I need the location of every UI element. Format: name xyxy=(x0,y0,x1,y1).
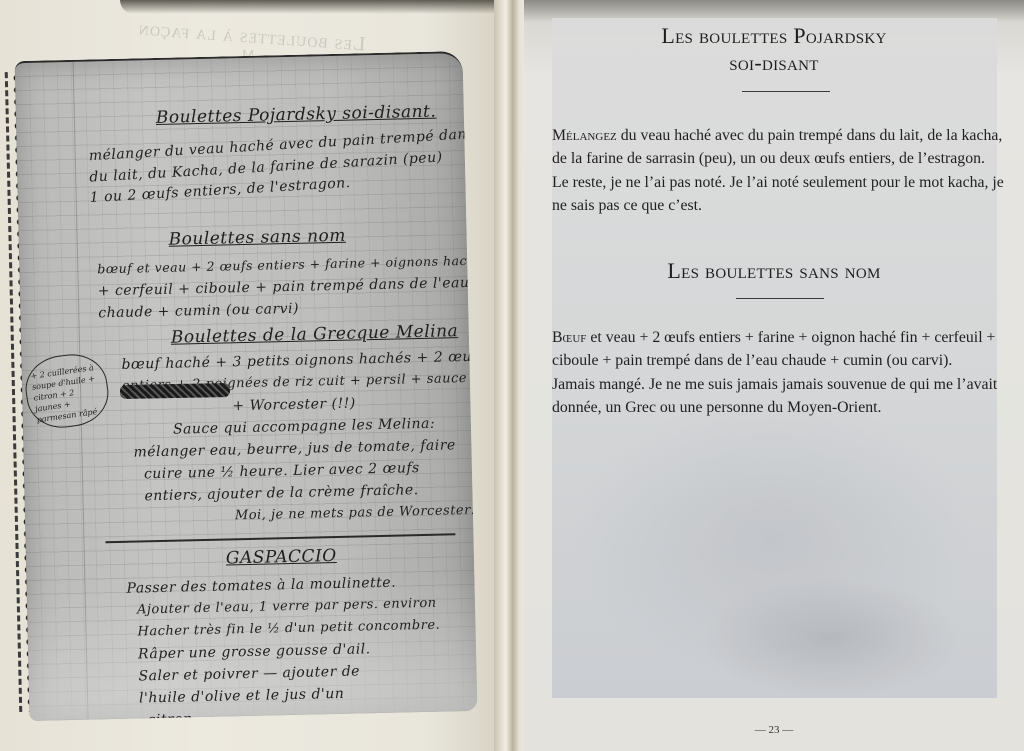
book-spine xyxy=(494,0,528,751)
left-page: Les boulettes à la façon M... Boulettes … xyxy=(0,0,500,751)
handwritten-title-sans-nom: Boulettes sans nom xyxy=(168,226,346,250)
heading-sans-nom: Les boulettes sans nom xyxy=(524,257,1024,284)
heading-pojardsky: Les boulettes Pojardsky soi-disant xyxy=(524,22,1024,76)
paragraph-1-note: Le reste, je ne l’ai pas noté. Je l’ai n… xyxy=(552,171,1010,218)
heading-divider xyxy=(736,298,824,299)
handwritten-line: + Worcester (!!) xyxy=(232,396,356,415)
recipe-sans-nom-text: Bœuf et veau + 2 œufs entiers + farine +… xyxy=(552,326,1010,419)
heading-pojardsky-line-2: soi-disant xyxy=(524,49,1024,76)
handwritten-title-gaspaccio: GASPACCIO xyxy=(226,546,337,569)
paragraph-2-lead: Bœuf xyxy=(552,329,586,346)
paragraph-2-note: Jamais mangé. Je ne me suis jamais jamai… xyxy=(552,373,1010,420)
recipe-pojardsky-text: Mélangez du veau haché avec du pain trem… xyxy=(552,124,1010,217)
handwritten-line: citron. xyxy=(147,711,197,721)
crossed-out-scribble xyxy=(120,383,230,399)
right-page: Les boulettes Pojardsky soi-disant Mélan… xyxy=(524,0,1024,751)
paragraph-1: Mélangez du veau haché avec du pain trem… xyxy=(552,124,1010,171)
paragraph-2: Bœuf et veau + 2 œufs entiers + farine +… xyxy=(552,326,1010,373)
paragraph-2-body: et veau + 2 œufs entiers + farine + oign… xyxy=(552,329,995,369)
paragraph-1-body: du veau haché avec du pain trempé dans d… xyxy=(552,127,1002,167)
page-shadow xyxy=(120,0,520,14)
heading-pojardsky-line-1: Les boulettes Pojardsky xyxy=(524,22,1024,49)
paragraph-1-lead: Mélangez xyxy=(552,127,617,144)
heading-divider xyxy=(742,91,830,92)
book-spread: Les boulettes à la façon M... Boulettes … xyxy=(0,0,1024,751)
page-number: — 23 — xyxy=(724,724,824,736)
